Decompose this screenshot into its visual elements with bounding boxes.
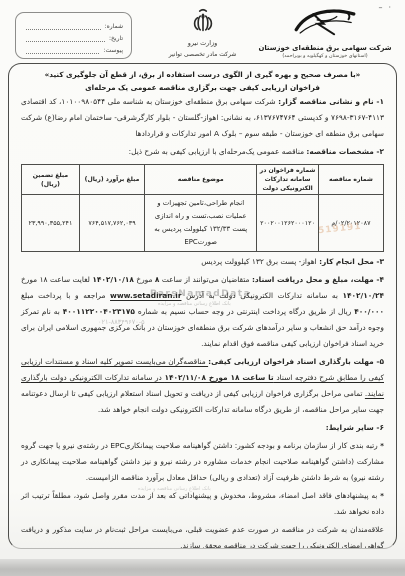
ref-date-row: تاریخ: — [24, 30, 123, 42]
item-4-text: ریال از طریق درگاه پرداخت اینترنتی در وج… — [135, 307, 354, 316]
bank-account-number: ۴۰۰۱۱۲۲۰۰۴۰۲۳۱۷۵ — [63, 307, 135, 316]
item-4-text: به سامانه تدارکات الکترونیکی دولت به آدر… — [181, 291, 342, 300]
col-estimate: مبلغ برآورد (ریال) — [79, 165, 144, 195]
ref-date-label: تاریخ: — [109, 35, 123, 42]
item-4-document-purchase: ۴- مهلت، مبلغ و محل دریافت اسناد: متقاضی… — [21, 272, 384, 352]
item-1-label: ۱- نام و نشانی مناقصه گزار: — [278, 97, 384, 106]
col-guarantee: مبلغ تضمین (ریال) — [22, 165, 80, 195]
dotted-line — [26, 46, 99, 54]
item-5-text: تمامی مراحل برگزاری فراخوان ارزیابی کیفی… — [21, 389, 384, 414]
company-name: شرکت سهامی برق منطقه‌ای خوزستان — [255, 44, 395, 52]
notice-body: «با مصرف صحیح و بهره گیری از الگوی درست … — [8, 63, 397, 549]
item-4-text: مراجعه و با پرداخت مبلغ — [21, 291, 110, 300]
ministry-header: وزارت نیرو شرکت مادر تخصصی توانیر — [138, 7, 268, 58]
item-4-label: ۴- مهلت، مبلغ و محل دریافت اسناد: — [252, 275, 384, 284]
ministry-name: وزارت نیرو — [138, 39, 268, 47]
iran-emblem-icon — [192, 19, 214, 38]
bullet-invalid-proposals: * به پیشنهادهای فاقد اصل امضاء، مشروط، م… — [21, 488, 384, 520]
scanned-tender-document: 519191 ParsNamadData بانک اطلاع رسانی من… — [0, 0, 405, 576]
subject-cell: انجام طراحی،تامین تجهیزات و عملیات نصب،ت… — [145, 195, 257, 252]
tender-table-header-row: شماره مناقصه شماره فراخوان در سامانه تدا… — [22, 165, 384, 195]
ref-attachment-label: پیوست: — [103, 47, 123, 54]
item-3-work-location: ۳- محل انجام کار: اهواز- پست برق ۱۳۲ کیل… — [21, 254, 384, 270]
item-4-text: لغایت ساعت ۱۸ مورخ — [21, 275, 92, 284]
notice-title: فراخوان ارزیابی کیفی جهت برگزاری مناقصه … — [21, 83, 384, 92]
dotted-line — [26, 34, 105, 42]
company-subtitle: (استانهای خوزستان و کهگیلویه و بویراحمد) — [255, 54, 395, 59]
bullet-text: رتبه بندی کار از سازمان برنامه و بودجه ک… — [21, 441, 384, 482]
col-setad-number: شماره فراخوان در سامانه تدارکات الکترونی… — [257, 165, 319, 195]
energy-slogan: «با مصرف صحیح و بهره گیری از الگوی درست … — [21, 70, 384, 79]
item-4-text: متقاضیان می‌توانند از ساعت — [159, 275, 252, 284]
ref-number-row: شماره: — [24, 18, 123, 30]
end-date: ۱۴۰۲/۱۰/۲۴ — [343, 291, 385, 300]
company-logo-icon — [291, 24, 359, 43]
item-3-label: ۳- محل انجام کار: — [319, 257, 384, 266]
bullet-text: به پیشنهادهای فاقد اصل امضاء، مشروط، مخد… — [21, 491, 384, 516]
item-2-label: ۲- مشخصات مناقصه: — [306, 147, 384, 156]
item-5-label: ۵- مهلت بارگذاری اسناد فراخوان ارزیابی ک… — [208, 357, 384, 366]
tender-table: شماره مناقصه شماره فراخوان در سامانه تدا… — [21, 164, 384, 252]
item-3-text: اهواز- پست برق ۱۳۲ کیلوولت پردیس — [201, 257, 319, 266]
upload-deadline-date: تا ساعت ۱۸ مورخ ۱۴۰۲/۱۱/۰۸ — [164, 373, 273, 382]
ref-number-label: شماره: — [105, 23, 123, 30]
bullet-marker: * — [380, 441, 384, 450]
setadiran-url: www.setadiran.ir — [110, 291, 181, 300]
bullet-marker: * — [380, 491, 384, 500]
ref-attachment-row: پیوست: — [24, 42, 123, 54]
company-header: شرکت سهامی برق منطقه‌ای خوزستان (استانها… — [255, 6, 395, 59]
item-1-bidder-name-address: ۱- نام و نشانی مناقصه گزار: شرکت سهامی ب… — [21, 94, 384, 142]
estimate-cell: ۷۶۴,۵۱۷,۷۶۲,۰۳۹ — [79, 195, 144, 252]
setad-number-cell: ۲۰۰۲۰۰۱۲۶۲۰۰۰۱۲۰ — [257, 195, 319, 252]
tender-number-cell: ۰۲/۲۰۱۲۰۸۷/م — [318, 195, 383, 252]
closing-registration-note: علاقه‌مندان به شرکت در مناقصه در صورت عد… — [21, 522, 384, 549]
reference-fields-box: شماره: تاریخ: پیوست: — [15, 12, 132, 59]
item-2-text: مناقصه عمومی یک‌مرحله‌ای با ارزیابی کیفی… — [129, 147, 307, 156]
item-2-tender-specs: ۲- مشخصات مناقصه: مناقصه عمومی یک‌مرحله‌… — [21, 144, 384, 160]
dotted-line — [26, 22, 101, 30]
item-5-upload-deadline: ۵- مهلت بارگذاری اسناد فراخوان ارزیابی ک… — [21, 354, 384, 418]
parent-company-name: شرکت مادر تخصصی توانیر — [138, 51, 268, 58]
bullet-ranking-requirement: * رتبه بندی کار از سازمان برنامه و بودجه… — [21, 438, 384, 486]
scan-edge-band — [0, 559, 405, 576]
col-tender-number: شماره مناقصه — [318, 165, 383, 195]
col-subject: موضوع مناقصه — [145, 165, 257, 195]
item-4-text: مورخ — [134, 275, 155, 284]
document-fee: ۴۰۰/۰۰۰ — [354, 307, 384, 316]
guarantee-cell: ۲۳,۹۹۰,۳۵۵,۲۴۱ — [22, 195, 80, 252]
tender-table-row: ۰۲/۲۰۱۲۰۸۷/م ۲۰۰۲۰۰۱۲۶۲۰۰۰۱۲۰ انجام طراح… — [22, 195, 384, 252]
start-date: ۱۴۰۲/۱۰/۱۸ — [92, 275, 134, 284]
item-6-other-terms-label: ۶- سایر شرایط: — [21, 420, 384, 436]
